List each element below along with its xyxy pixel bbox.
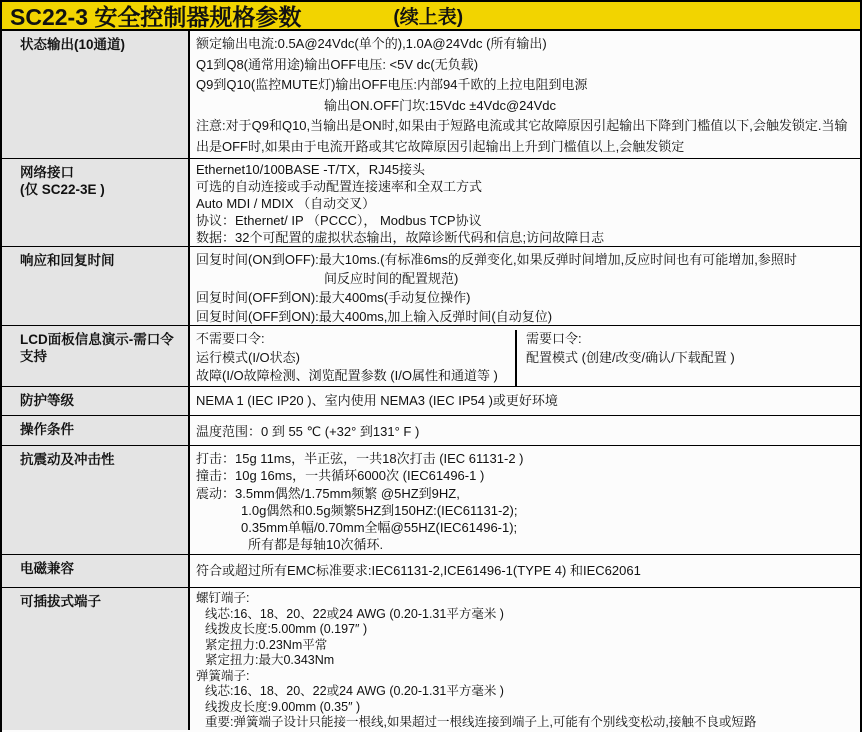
spec-line: 线芯:16、18、20、22或24 AWG (0.20-1.31平方毫米 ) xyxy=(196,607,850,623)
lcd-no-password-cell: 不需要口令:运行模式(I/O状态)故障(I/O故障检测、浏览配置参数 (I/O属… xyxy=(190,330,517,386)
spec-line: 协议：Ethernet/ IP （PCCC）， Modbus TCP协议 xyxy=(196,213,850,230)
row-label: 网络接口 (仅 SC22-3E ) xyxy=(2,159,190,246)
row-label: 防护等级 xyxy=(2,387,190,415)
spec-line: 重要:弹簧端子设计只能接一根线,如果超过一根线连接到端子上,可能有个别线变松动,… xyxy=(196,715,850,731)
spec-line: 可选的自动连接或手动配置连接速率和全双工方式 xyxy=(196,179,850,196)
table-row-shock-vibration: 抗震动及冲击性 打击：15g 11ms，半正弦，一共18次打击 (IEC 611… xyxy=(2,446,860,555)
spec-line: 符合或超过所有EMC标准要求:IEC61131-2,ICE61496-1(TYP… xyxy=(196,562,850,580)
table-row-status-output: 状态输出(10通道) 额定输出电流:0.5A@24Vdc(单个的),1.0A@2… xyxy=(2,31,860,159)
spec-line: Q9到Q10(监控MUTE灯)输出OFF电压:内部94千欧的上拉电阻到电源 xyxy=(196,75,850,96)
spec-line: 故障(I/O故障检测、浏览配置参数 (I/O属性和通道等 ) xyxy=(196,367,511,386)
row-label: 操作条件 xyxy=(2,416,190,445)
row-content: 符合或超过所有EMC标准要求:IEC61131-2,ICE61496-1(TYP… xyxy=(190,555,860,587)
table-row-pluggable-terminals: 可插拔式端子 螺钉端子:线芯:16、18、20、22或24 AWG (0.20-… xyxy=(2,588,860,730)
row-label-line: 网络接口 xyxy=(20,164,184,181)
table-row-emc: 电磁兼容 符合或超过所有EMC标准要求:IEC61131-2,ICE61496-… xyxy=(2,555,860,588)
spec-line: 螺钉端子: xyxy=(196,591,850,607)
spec-line: 紧定扭力:0.23Nm平常 xyxy=(196,638,850,654)
spec-line: 温度范围：0 到 55 ℃ (+32° 到131° F ) xyxy=(196,423,850,441)
spec-line: 注意:对于Q9和Q10,当输出是ON时,如果由于短路电流或其它故障原因引起输出下… xyxy=(196,116,850,157)
spec-line: 回复时间(OFF到ON):最大400ms(手动复位操作) xyxy=(196,288,850,307)
table-row-network-interface: 网络接口 (仅 SC22-3E ) Ethernet10/100BASE -T/… xyxy=(2,159,860,247)
page-title: SC22-3 安全控制器规格参数 xyxy=(2,0,301,32)
row-content: 不需要口令:运行模式(I/O状态)故障(I/O故障检测、浏览配置参数 (I/O属… xyxy=(190,326,860,386)
spec-line: NEMA 1 (IEC IP20 )、室内使用 NEMA3 (IEC IP54 … xyxy=(196,392,850,410)
row-label-line: (仅 SC22-3E ) xyxy=(20,181,184,198)
table-row-response-time: 响应和回复时间 回复时间(ON到OFF):最大10ms.(有标准6ms的反弹变化… xyxy=(2,247,860,326)
spec-line: 震动：3.5mm偶然/1.75mm频繁 @5HZ到9HZ, xyxy=(196,485,850,502)
spec-line: 配置模式 (创建/改变/确认/下载配置 ) xyxy=(526,349,860,368)
spec-line: 数据：32个可配置的虚拟状态输出，故障诊断代码和信息;访问故障日志 xyxy=(196,230,850,247)
table-row-operating-conditions: 操作条件 温度范围：0 到 55 ℃ (+32° 到131° F ) xyxy=(2,416,860,446)
lcd-password-required-cell: 需要口令:配置模式 (创建/改变/确认/下载配置 ) xyxy=(517,330,860,386)
row-label: 响应和回复时间 xyxy=(2,247,190,325)
spec-line: 撞击：10g 16ms，一共循环6000次 (IEC61496-1 ) xyxy=(196,467,850,484)
row-content: 额定输出电流:0.5A@24Vdc(单个的),1.0A@24Vdc (所有输出)… xyxy=(190,31,860,158)
spec-line: 不需要口令: xyxy=(196,330,511,349)
spec-sheet-page: SC22-3 安全控制器规格参数 (续上表) 状态输出(10通道) 额定输出电流… xyxy=(0,0,862,732)
spec-line: Auto MDI / MDIX （自动交叉） xyxy=(196,196,850,213)
spec-line: 间反应时间的配置规范) xyxy=(196,269,850,288)
spec-line: 弹簧端子: xyxy=(196,669,850,685)
row-label: 电磁兼容 xyxy=(2,555,190,587)
row-content: 打击：15g 11ms，半正弦，一共18次打击 (IEC 61131-2 )撞击… xyxy=(190,446,860,554)
spec-line: 紧定扭力:最大0.343Nm xyxy=(196,653,850,669)
table-row-lcd-panel: LCD面板信息演示-需口令支持 不需要口令:运行模式(I/O状态)故障(I/O故… xyxy=(2,326,860,387)
page-subtitle: (续上表) xyxy=(393,2,463,29)
row-label: LCD面板信息演示-需口令支持 xyxy=(2,326,190,386)
row-label: 可插拔式端子 xyxy=(2,588,190,730)
row-content: Ethernet10/100BASE -T/TX，RJ45接头可选的自动连接或手… xyxy=(190,159,860,246)
row-content: 回复时间(ON到OFF):最大10ms.(有标准6ms的反弹变化,如果反弹时间增… xyxy=(190,247,860,325)
row-label: 抗震动及冲击性 xyxy=(2,446,190,554)
row-label: 状态输出(10通道) xyxy=(2,31,190,158)
spec-line: 回复时间(ON到OFF):最大10ms.(有标准6ms的反弹变化,如果反弹时间增… xyxy=(196,250,850,269)
row-content: NEMA 1 (IEC IP20 )、室内使用 NEMA3 (IEC IP54 … xyxy=(190,387,860,415)
spec-line: 1.0g偶然和0.5g频繁5HZ到150HZ:(IEC61131-2); xyxy=(196,502,850,519)
spec-line: Q1到Q8(通常用途)输出OFF电压: <5V dc(无负载) xyxy=(196,55,850,76)
spec-line: 0.35mm单幅/0.70mm全幅@55HZ(IEC61496-1); xyxy=(196,519,850,536)
spec-line: 需要口令: xyxy=(526,330,860,349)
spec-line: 输出ON.OFF门坎:15Vdc ±4Vdc@24Vdc xyxy=(196,96,850,117)
spec-line: 线芯:16、18、20、22或24 AWG (0.20-1.31平方毫米 ) xyxy=(196,684,850,700)
spec-line: 打击：15g 11ms，半正弦，一共18次打击 (IEC 61131-2 ) xyxy=(196,450,850,467)
row-content: 温度范围：0 到 55 ℃ (+32° 到131° F ) xyxy=(190,416,860,445)
spec-line: 线拨皮长度:5.00mm (0.197″ ) xyxy=(196,622,850,638)
spec-line: 回复时间(OFF到ON):最大400ms,加上输入反弹时间(自动复位) xyxy=(196,307,850,326)
table-row-protection-rating: 防护等级 NEMA 1 (IEC IP20 )、室内使用 NEMA3 (IEC … xyxy=(2,387,860,416)
page-header: SC22-3 安全控制器规格参数 (续上表) xyxy=(2,2,860,31)
spec-line: 运行模式(I/O状态) xyxy=(196,349,511,368)
spec-line: 所有都是每轴10次循环. xyxy=(196,536,850,553)
spec-line: Ethernet10/100BASE -T/TX，RJ45接头 xyxy=(196,162,850,179)
row-content: 螺钉端子:线芯:16、18、20、22或24 AWG (0.20-1.31平方毫… xyxy=(190,588,860,730)
spec-line: 额定输出电流:0.5A@24Vdc(单个的),1.0A@24Vdc (所有输出) xyxy=(196,34,850,55)
spec-line: 线拨皮长度:9.00mm (0.35″ ) xyxy=(196,700,850,716)
